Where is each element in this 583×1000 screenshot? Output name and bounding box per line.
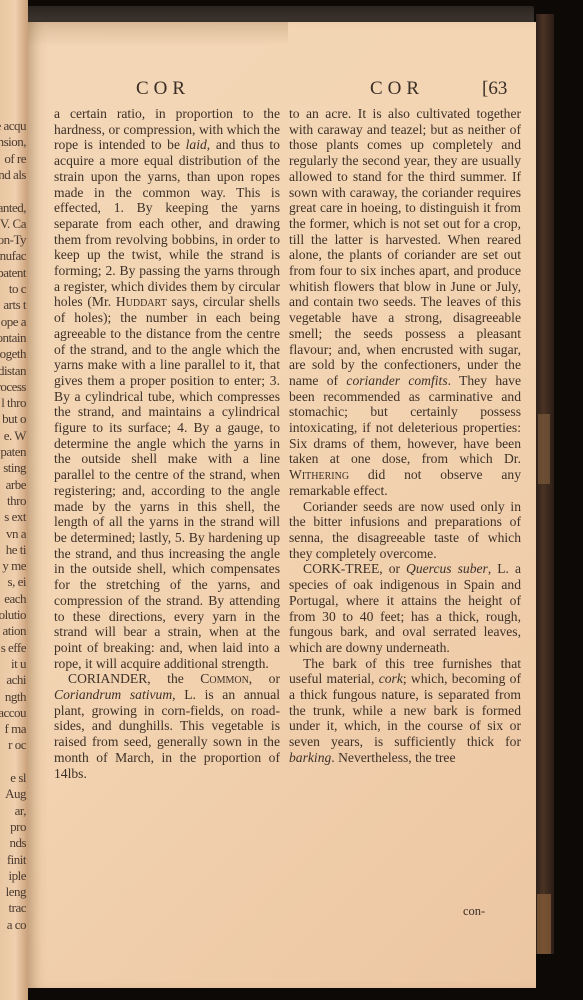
facing-page-text-fragment: ontain xyxy=(0,330,26,346)
facing-page-edge: e acquension,of rend alsrranted,V. Caon-… xyxy=(0,0,28,1000)
facing-page-text-fragment: vn a xyxy=(6,526,26,542)
running-head-right: COR xyxy=(370,78,424,100)
facing-page-text-fragment: a co xyxy=(7,917,26,933)
paragraph-cork-bark: The bark of this tree furnishes that use… xyxy=(289,656,521,766)
entry-headword: CORK-TREE, or xyxy=(303,561,406,576)
facing-page-text-fragment: olutio xyxy=(0,607,26,623)
italic-term: laid xyxy=(186,137,207,152)
text-run: to an acre. It is also cultivated togeth… xyxy=(289,106,521,388)
facing-page-text-fragment: pro xyxy=(10,819,26,835)
facing-page-text-fragment: of re xyxy=(4,151,26,167)
facing-page-text-fragment: distan xyxy=(0,363,26,379)
facing-page-text-fragment: e sl xyxy=(10,770,26,786)
facing-page-text-fragment: achi xyxy=(6,672,26,688)
catchword: con- xyxy=(463,904,485,919)
facing-page-text-fragment: e acqu xyxy=(0,118,26,134)
facing-page-text-fragment: ope a xyxy=(1,314,26,330)
facing-page-text-fragment: it u xyxy=(11,656,26,672)
book-cover-right-edge xyxy=(536,14,554,954)
page-stain xyxy=(28,22,288,46)
text-column-right: to an acre. It is also cultivated togeth… xyxy=(289,106,521,766)
facing-page-text-fragment: trac xyxy=(9,900,26,916)
facing-page-text-fragment: each xyxy=(4,591,26,607)
italic-latin-name: Quercus suber xyxy=(406,561,488,576)
facing-page-text-fragment: s, ei xyxy=(8,574,26,590)
facing-page-text-fragment: rranted, xyxy=(0,200,26,216)
facing-page-text-fragment: e. W xyxy=(4,428,26,444)
text-column-left: a certain ratio, in proportion to the ha… xyxy=(54,106,280,781)
facing-page-text-fragment: arts t xyxy=(3,297,26,313)
facing-page-text-fragment: ar, xyxy=(15,803,26,819)
facing-page-text-fragment: but o xyxy=(2,411,26,427)
facing-page-text-fragment: f ma xyxy=(5,721,26,737)
text-run: . Nevertheless, the tree xyxy=(331,750,455,765)
paragraph-rope-making: a certain ratio, in proportion to the ha… xyxy=(54,106,280,671)
paragraph-coriander-entry: CORIANDER, the Common, or Coriandrum sat… xyxy=(54,671,280,781)
facing-page-text-fragment: to c xyxy=(9,281,26,297)
small-caps-name: Common xyxy=(200,671,249,686)
italic-latin-name: Coriandrum sativum xyxy=(54,687,172,702)
facing-page-text-fragment: s ext xyxy=(4,509,26,525)
facing-page-text-fragment: accou xyxy=(0,705,26,721)
small-caps-name: Withering xyxy=(289,467,349,482)
facing-page-text-fragment: togeth xyxy=(0,346,26,362)
facing-page-text-fragment: sting xyxy=(3,460,26,476)
facing-page-text-fragment: paten xyxy=(0,444,26,460)
facing-page-text-fragment: patent xyxy=(0,265,26,281)
facing-page-text-fragment: iple xyxy=(9,868,27,884)
page-number: [63 xyxy=(482,78,507,100)
text-run: , or xyxy=(249,671,280,686)
facing-page-text-fragment: V. Ca xyxy=(0,216,26,232)
facing-page-text-fragment: rocess xyxy=(0,379,26,395)
facing-page-text-fragment: ation xyxy=(3,623,27,639)
italic-term: barking xyxy=(289,750,331,765)
entry-headword: CORIANDER, the xyxy=(68,671,200,686)
facing-page-text-fragment: arbe xyxy=(6,477,26,493)
cover-wear-mark xyxy=(537,894,551,954)
facing-page-text-fragment: nd als xyxy=(0,167,26,183)
small-caps-name: Huddart xyxy=(116,294,167,309)
facing-page-text-fragment: finit xyxy=(7,852,26,868)
facing-page-text-fragment: nufac xyxy=(0,248,26,264)
text-run: , and thus to acquire a more equal distr… xyxy=(54,137,280,309)
facing-page-text-fragment: y me xyxy=(2,558,26,574)
cover-wear-mark xyxy=(538,414,550,484)
facing-page-text-fragment: nds xyxy=(9,835,26,851)
facing-page-text-fragment: on-Ty xyxy=(0,232,26,248)
facing-page-text-fragment: he ti xyxy=(6,542,26,558)
facing-page-text-fragment: Aug xyxy=(5,786,26,802)
facing-page-text-fragment: r oc xyxy=(8,737,26,753)
paragraph-coriander-seeds: Coriander seeds are now used only in the… xyxy=(289,499,521,562)
running-head-left: COR xyxy=(136,78,190,100)
text-run: says, circular shells of holes); the num… xyxy=(54,294,280,670)
facing-page-text-fragment: leng xyxy=(6,884,26,900)
italic-term: coriander comfits xyxy=(346,373,447,388)
facing-page-text-fragment: thro xyxy=(7,493,26,509)
facing-page-text-fragment: s effe xyxy=(1,640,26,656)
paragraph-coriander-continued: to an acre. It is also cultivated togeth… xyxy=(289,106,521,499)
facing-page-text-fragment: ension, xyxy=(0,134,26,150)
paragraph-cork-tree-entry: CORK-TREE, or Quercus suber, L. a specie… xyxy=(289,561,521,655)
facing-page-text-fragment: ngth xyxy=(5,689,26,705)
italic-term: cork xyxy=(379,671,403,686)
facing-page-text-fragment: l thro xyxy=(1,395,26,411)
